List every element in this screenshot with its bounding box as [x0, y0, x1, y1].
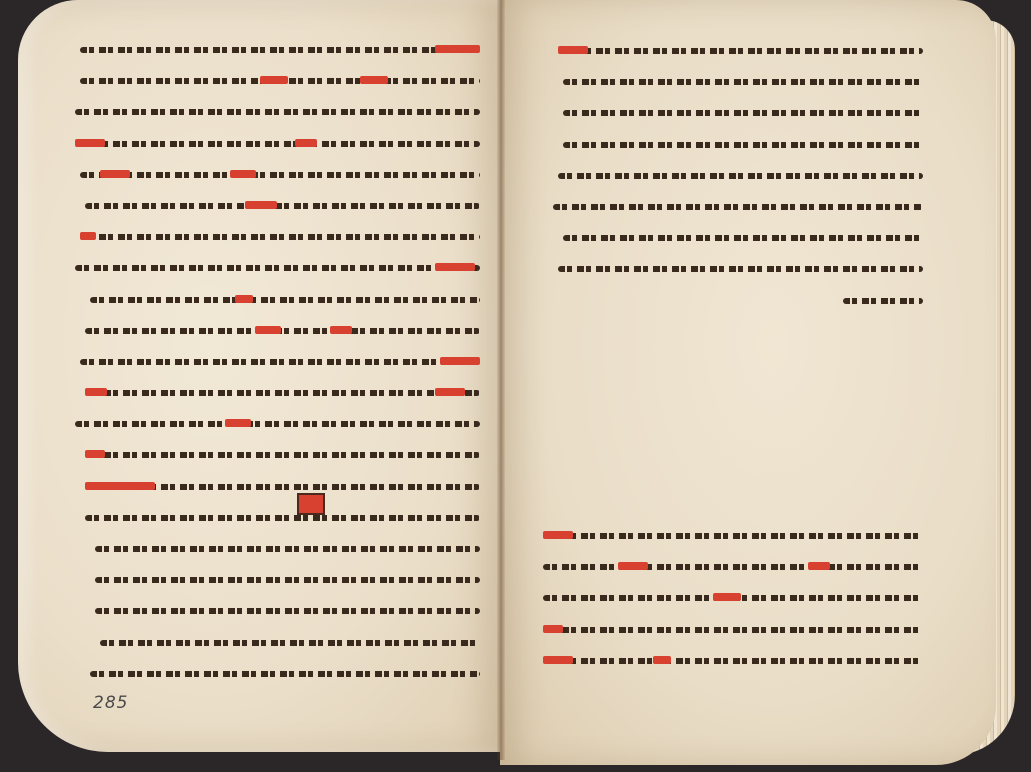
manuscript-line: [70, 159, 480, 190]
manuscript-line: [70, 502, 480, 533]
rubric-text: [85, 482, 155, 490]
script-ink: [75, 265, 480, 271]
manuscript-line: [70, 377, 480, 408]
manuscript-line: [528, 551, 923, 582]
manuscript-line: [70, 34, 480, 65]
script-ink: [95, 608, 480, 614]
rubric-text: [80, 232, 96, 240]
rubric-text: [100, 170, 130, 178]
script-ink: [563, 79, 923, 85]
script-ink: [543, 627, 923, 633]
script-ink: [843, 298, 923, 304]
manuscript-line: [70, 96, 480, 127]
rubric-text: [543, 625, 563, 633]
script-ink: [95, 577, 480, 583]
rubric-text: [245, 201, 277, 209]
manuscript-line: [528, 614, 923, 645]
script-ink: [543, 533, 923, 539]
manuscript-line: [528, 645, 923, 676]
manuscript-line: [70, 564, 480, 595]
manuscript-line: [528, 97, 923, 128]
rubric-ornament-icon: [297, 493, 325, 515]
script-ink: [558, 266, 923, 272]
manuscript-line: [70, 221, 480, 252]
script-ink: [80, 359, 480, 365]
book-gutter: [497, 0, 505, 760]
manuscript-line: [70, 252, 480, 283]
manuscript-line: [528, 520, 923, 551]
right-text-block-top: [528, 35, 923, 316]
script-ink: [85, 452, 480, 458]
rubric-text: [435, 388, 465, 396]
rubric-text: [225, 419, 251, 427]
rubric-text: [85, 388, 107, 396]
script-ink: [95, 546, 480, 552]
manuscript-line: [528, 582, 923, 613]
script-ink: [563, 110, 923, 116]
left-text-column: [70, 34, 480, 689]
rubric-text: [543, 531, 573, 539]
manuscript-line: [528, 160, 923, 191]
rubric-text: [618, 562, 648, 570]
script-ink: [85, 390, 480, 396]
rubric-text: [713, 593, 741, 601]
manuscript-line: [528, 129, 923, 160]
script-ink: [100, 640, 480, 646]
script-ink: [558, 48, 923, 54]
manuscript-line: [70, 627, 480, 658]
script-ink: [85, 203, 480, 209]
script-ink: [80, 234, 480, 240]
folio-number: 285: [93, 693, 128, 713]
rubric-text: [558, 46, 588, 54]
script-ink: [563, 142, 923, 148]
manuscript-line: [70, 284, 480, 315]
manuscript-line: [70, 595, 480, 626]
rubric-text: [330, 326, 352, 334]
rubric-text: [360, 76, 388, 84]
script-ink: [90, 671, 480, 677]
manuscript-line: [70, 658, 480, 689]
manuscript-line: [70, 408, 480, 439]
manuscript-line: [528, 222, 923, 253]
manuscript-line: [70, 315, 480, 346]
manuscript-line: [528, 66, 923, 97]
manuscript-line: [70, 128, 480, 159]
script-ink: [80, 172, 480, 178]
rubric-text: [85, 450, 105, 458]
open-manuscript: 285: [0, 0, 1031, 772]
rubric-text: [235, 295, 253, 303]
manuscript-line: [70, 439, 480, 470]
manuscript-line: [70, 190, 480, 221]
script-ink: [75, 141, 480, 147]
manuscript-line: [528, 35, 923, 66]
script-ink: [553, 204, 923, 210]
manuscript-line: [528, 253, 923, 284]
script-ink: [543, 564, 923, 570]
rubric-text: [75, 139, 105, 147]
rubric-text: [435, 45, 480, 53]
right-text-block-bottom: [528, 520, 923, 676]
script-ink: [75, 109, 480, 115]
script-ink: [558, 173, 923, 179]
rubric-text: [230, 170, 256, 178]
rubric-text: [255, 326, 281, 334]
manuscript-line: [70, 65, 480, 96]
script-ink: [90, 297, 480, 303]
script-ink: [80, 47, 480, 53]
manuscript-line: [70, 471, 480, 502]
manuscript-line: [528, 285, 923, 316]
rubric-text: [543, 656, 573, 664]
script-ink: [85, 328, 480, 334]
rubric-text: [435, 263, 475, 271]
rubric-text: [440, 357, 480, 365]
script-ink: [563, 235, 923, 241]
manuscript-line: [528, 191, 923, 222]
rubric-text: [808, 562, 830, 570]
script-ink: [543, 658, 923, 664]
script-ink: [85, 515, 480, 521]
script-ink: [75, 421, 480, 427]
manuscript-line: [70, 533, 480, 564]
rubric-text: [295, 139, 317, 147]
manuscript-line: [70, 346, 480, 377]
rubric-text: [260, 76, 288, 84]
rubric-text: [653, 656, 671, 664]
